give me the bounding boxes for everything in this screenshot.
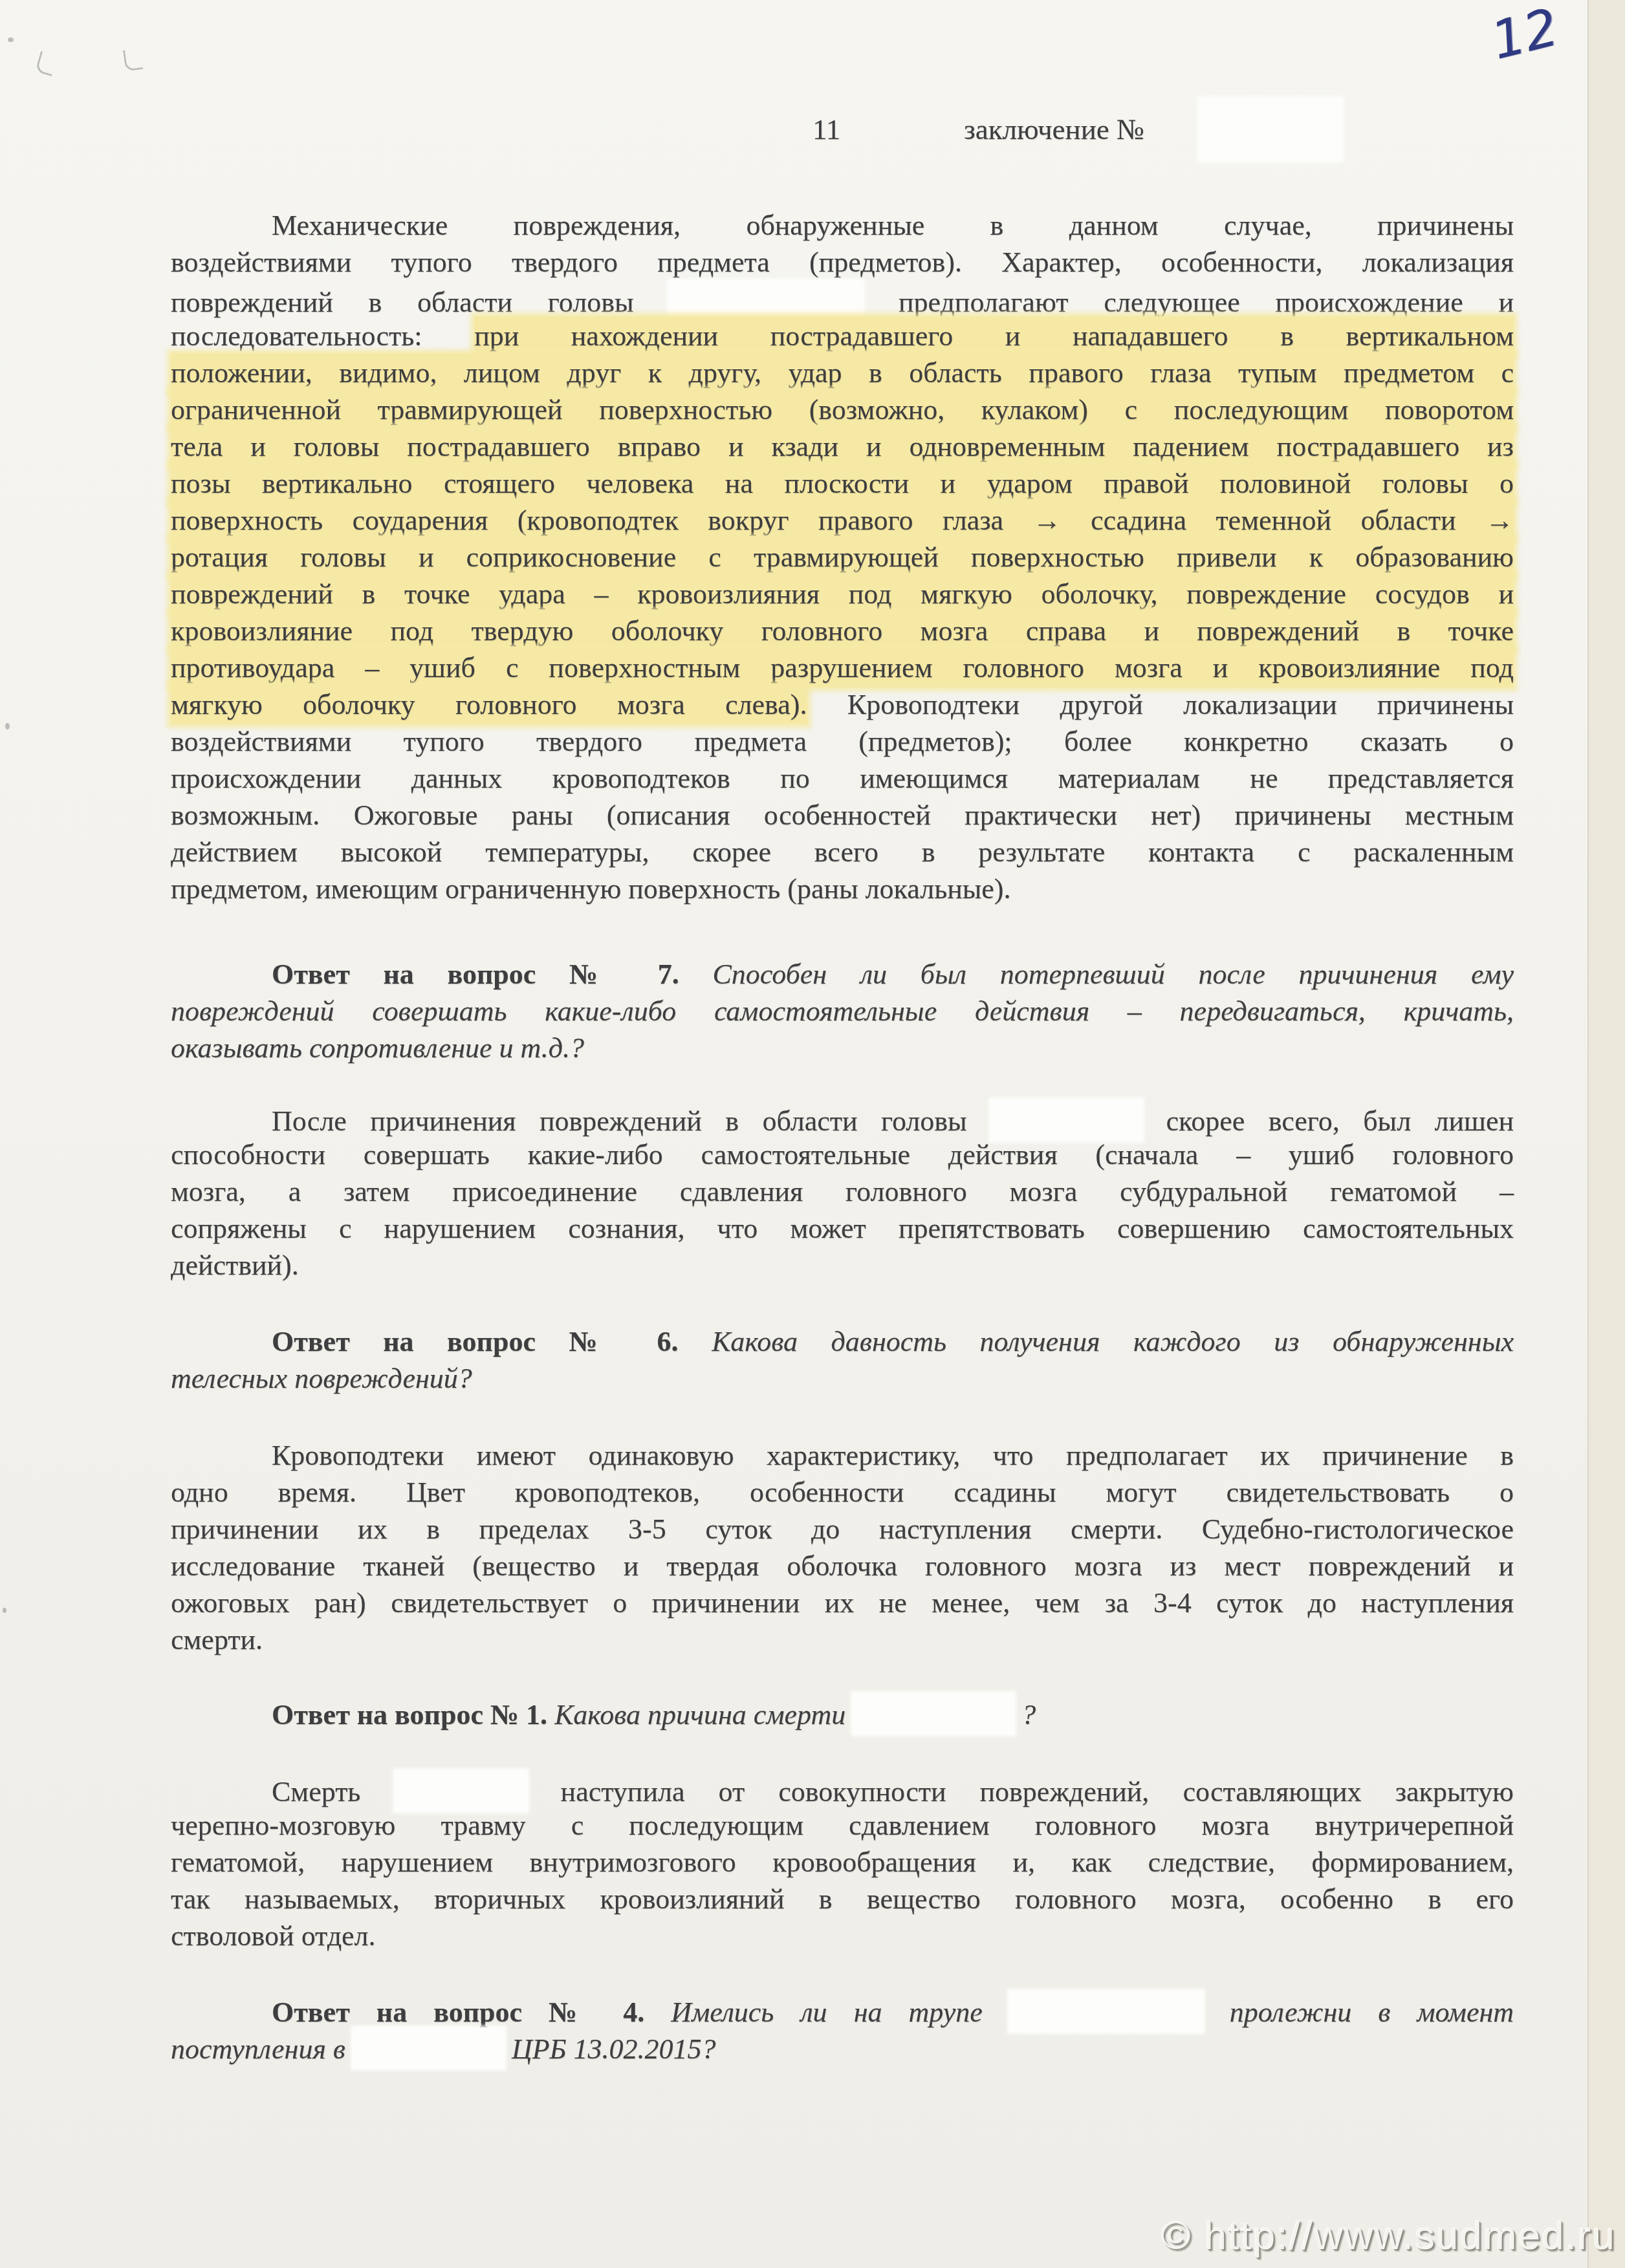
highlighted-text: ограниченной травмирующей поверхностью (… xyxy=(171,390,1514,429)
highlighted-text: противоудара – ушиб с поверхностным разр… xyxy=(171,648,1514,687)
text-line: одно время. Цвет кровоподтеков, особенно… xyxy=(171,1474,1514,1511)
text-line: кровоизлияние под твердую оболочку голов… xyxy=(171,612,1514,649)
text-line: Смерть наступила от совокупности поврежд… xyxy=(171,1770,1514,1807)
highlighted-text: положении, видимо, лицом друг к другу, у… xyxy=(171,353,1514,393)
text-segment: исследование тканей (вещество и твердая … xyxy=(171,1550,1514,1582)
text-line: возможным. Ожоговые раны (описания особе… xyxy=(171,797,1514,834)
highlighted-text: поверхность соударения (кровоподтек вокр… xyxy=(171,501,1514,540)
text-segment: ожоговых ран) свидетельствует о причинен… xyxy=(171,1587,1514,1619)
text-segment: воздействиями тупого твердого предмета (… xyxy=(171,246,1514,278)
text-line: предметом, имеющим ограниченную поверхно… xyxy=(171,870,1514,907)
scan-speck xyxy=(3,1608,6,1613)
text-line: мягкую оболочку головного мозга слева). … xyxy=(171,686,1514,723)
highlighted-text: повреждений в точке удара – кровоизлияни… xyxy=(171,574,1514,614)
text-line: повреждений в точке удара – кровоизлияни… xyxy=(171,576,1514,612)
text-line: оказывать сопротивление и т.д.? xyxy=(171,1030,1514,1066)
question-7-heading: Ответ на вопрос № 7. Способен ли был пот… xyxy=(171,956,1514,1066)
text-line: Кровоподтеки имеют одинаковую характерис… xyxy=(171,1437,1514,1474)
header-redaction-box xyxy=(1199,98,1342,160)
text-line: ограниченной травмирующей поверхностью (… xyxy=(171,391,1514,428)
text-segment: способности совершать какие-либо самосто… xyxy=(171,1139,1514,1171)
highlighted-text: ротация головы и соприкосновение с травм… xyxy=(171,537,1514,577)
text-segment: предметом, имеющим ограниченную поверхно… xyxy=(171,873,1011,905)
text-line: сопряжены с нарушением сознания, что мож… xyxy=(171,1210,1514,1247)
scan-speck xyxy=(8,38,14,42)
text-line: повреждений в области головы предполагаю… xyxy=(171,281,1514,318)
text-line: тела и головы пострадавшего вправо и кза… xyxy=(171,428,1514,465)
text-line: действий). xyxy=(171,1247,1514,1284)
staple-mark-icon xyxy=(35,51,58,76)
text-segment: пролежни в момент xyxy=(1203,1996,1514,2028)
text-segment: черепно-мозговую травму с последующим сд… xyxy=(171,1809,1514,1841)
text-line: повреждений совершать какие-либо самосто… xyxy=(171,993,1514,1030)
text-line: Ответ на вопрос № 1. Какова причина смер… xyxy=(171,1693,1514,1730)
text-segment: Смерть xyxy=(272,1776,395,1808)
text-line: так называемых, вторичных кровоизлияний … xyxy=(171,1881,1514,1917)
text-line: мозга, а затем присоединение сдавления г… xyxy=(171,1173,1514,1210)
text-segment: так называемых, вторичных кровоизлияний … xyxy=(171,1883,1514,1915)
highlighted-text: позы вертикально стоящего человека на пл… xyxy=(171,464,1514,503)
text-line: ротация головы и соприкосновение с травм… xyxy=(171,539,1514,576)
text-segment: ? xyxy=(1014,1699,1036,1731)
answer-6-paragraph: Кровоподтеки имеют одинаковую характерис… xyxy=(171,1437,1514,1658)
text-segment: телесных повреждений? xyxy=(171,1363,472,1394)
text-segment: Имелись ли на трупе xyxy=(671,1996,1009,2028)
scan-edge-strip xyxy=(1587,0,1625,2268)
text-segment: мозга, а затем присоединение сдавления г… xyxy=(171,1176,1514,1207)
highlighted-text: мягкую оболочку головного мозга слева). xyxy=(171,685,807,724)
text-segment: последовательность: xyxy=(171,320,474,352)
text-line: воздействиями тупого твердого предмета (… xyxy=(171,244,1514,281)
text-line: стволовой отдел. xyxy=(171,1917,1514,1954)
paragraph-injury-mechanism: Механические повреждения, обнаруженные в… xyxy=(171,207,1514,907)
text-segment: причинении их в пределах 3-5 суток до на… xyxy=(171,1513,1514,1545)
text-line: воздействиями тупого твердого предмета (… xyxy=(171,723,1514,760)
text-segment: Кровоподтеки другой локализации причинен… xyxy=(807,689,1514,720)
text-line: исследование тканей (вещество и твердая … xyxy=(171,1548,1514,1584)
text-line: происхождении данных кровоподтеков по им… xyxy=(171,760,1514,797)
redaction-box xyxy=(353,2027,505,2069)
text-segment: оказывать сопротивление и т.д.? xyxy=(171,1032,584,1064)
text-segment: Какова причина смерти xyxy=(554,1699,853,1731)
text-segment: действий). xyxy=(171,1249,299,1281)
question-6-heading: Ответ на вопрос № 6. Какова давность пол… xyxy=(171,1323,1514,1397)
question-4-heading: Ответ на вопрос № 4. Имелись ли на трупе… xyxy=(171,1991,1514,2064)
highlighted-text: при нахождении пострадавшего и нападавше… xyxy=(474,316,1514,356)
text-segment: одно время. Цвет кровоподтеков, особенно… xyxy=(171,1476,1514,1508)
handwritten-page-number: 12 xyxy=(1485,0,1564,71)
text-line: последовательность: при нахождении постр… xyxy=(171,318,1514,354)
redaction-box xyxy=(1009,1991,1203,2032)
text-line: гематомой, нарушением внутримозгового кр… xyxy=(171,1844,1514,1881)
text-segment: происхождении данных кровоподтеков по им… xyxy=(171,762,1514,794)
text-line: позы вертикально стоящего человека на пл… xyxy=(171,465,1514,502)
redaction-box xyxy=(990,1099,1142,1141)
text-line: Ответ на вопрос № 4. Имелись ли на трупе… xyxy=(171,1991,1514,2027)
text-segment: гематомой, нарушением внутримозгового кр… xyxy=(171,1846,1514,1878)
text-segment: Ответ на вопрос № 7. xyxy=(272,958,712,990)
text-line: Ответ на вопрос № 7. Способен ли был пот… xyxy=(171,956,1514,993)
text-segment: смерти. xyxy=(171,1624,263,1656)
text-segment: Ответ на вопрос № 4. xyxy=(272,1996,671,2028)
text-line: смерти. xyxy=(171,1621,1514,1658)
text-line: способности совершать какие-либо самосто… xyxy=(171,1136,1514,1173)
text-line: поверхность соударения (кровоподтек вокр… xyxy=(171,502,1514,539)
text-line: положении, видимо, лицом друг к другу, у… xyxy=(171,354,1514,391)
scanned-document: { "page": { "page_number": "11", "header… xyxy=(0,0,1625,2268)
text-segment: сопряжены с нарушением сознания, что мож… xyxy=(171,1213,1514,1244)
text-line: телесных повреждений? xyxy=(171,1360,1514,1397)
text-line: действием высокой температуры, скорее вс… xyxy=(171,834,1514,870)
text-segment: поступления в xyxy=(171,2033,353,2065)
text-segment: наступила от совокупности повреждений, с… xyxy=(527,1776,1514,1808)
text-line: После причинения повреждений в области г… xyxy=(171,1099,1514,1136)
text-segment: возможным. Ожоговые раны (описания особе… xyxy=(171,799,1514,831)
highlighted-text: кровоизлияние под твердую оболочку голов… xyxy=(171,611,1514,651)
page-number: 11 xyxy=(812,113,840,146)
scan-speck xyxy=(5,723,10,729)
text-segment: стволовой отдел. xyxy=(171,1920,376,1952)
text-segment: Ответ на вопрос № 6. xyxy=(272,1326,712,1357)
text-segment: повреждений совершать какие-либо самосто… xyxy=(171,995,1514,1027)
text-segment: После причинения повреждений в области г… xyxy=(272,1105,990,1137)
text-segment: Способен ли был потерпевший после причин… xyxy=(712,958,1514,990)
text-segment: повреждений в области головы xyxy=(171,286,669,318)
page-header: 11 заключение № xyxy=(0,109,1625,173)
text-segment: воздействиями тупого твердого предмета (… xyxy=(171,726,1514,757)
answer-7-paragraph: После причинения повреждений в области г… xyxy=(171,1099,1514,1284)
text-segment: Механические повреждения, обнаруженные в… xyxy=(272,210,1514,241)
text-line: ожоговых ран) свидетельствует о причинен… xyxy=(171,1584,1514,1621)
highlighted-text: тела и головы пострадавшего вправо и кза… xyxy=(171,427,1514,466)
text-segment: предполагают следующее происхождение и xyxy=(863,286,1514,318)
redaction-box xyxy=(395,1770,527,1811)
question-1-heading: Ответ на вопрос № 1. Какова причина смер… xyxy=(171,1693,1514,1730)
text-segment: действием высокой температуры, скорее вс… xyxy=(171,836,1514,868)
text-segment: Кровоподтеки имеют одинаковую характерис… xyxy=(272,1440,1514,1471)
text-line: черепно-мозговую травму с последующим сд… xyxy=(171,1807,1514,1844)
redaction-box xyxy=(853,1693,1014,1734)
text-line: причинении их в пределах 3-5 суток до на… xyxy=(171,1511,1514,1548)
text-line: противоудара – ушиб с поверхностным разр… xyxy=(171,649,1514,686)
text-segment: скорее всего, был лишен xyxy=(1142,1105,1514,1137)
staple-mark-icon xyxy=(123,48,143,71)
header-title: заключение № xyxy=(964,113,1144,146)
answer-1-paragraph: Смерть наступила от совокупности поврежд… xyxy=(171,1770,1514,1954)
text-line: Ответ на вопрос № 6. Какова давность пол… xyxy=(171,1323,1514,1360)
text-line: поступления в ЦРБ 13.02.2015? xyxy=(171,2027,1514,2064)
text-segment: Ответ на вопрос № 1. xyxy=(272,1699,554,1731)
text-line: Механические повреждения, обнаруженные в… xyxy=(171,207,1514,244)
watermark-url: © http://www.sudmed.ru xyxy=(1161,2213,1616,2259)
text-segment: ЦРБ 13.02.2015? xyxy=(505,2033,716,2065)
text-segment: Какова давность получения каждого из обн… xyxy=(712,1326,1514,1357)
